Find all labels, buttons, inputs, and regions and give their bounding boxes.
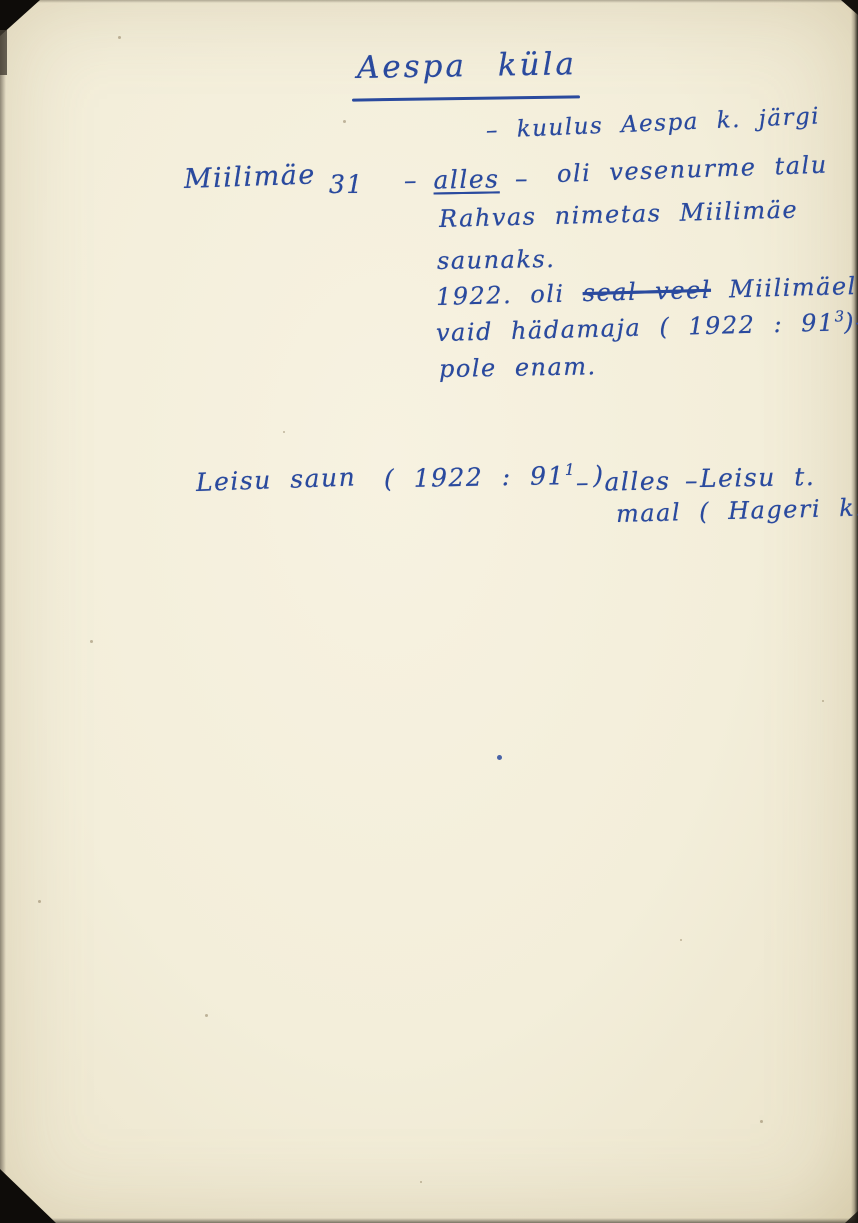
scan-edge-right bbox=[851, 0, 858, 1223]
scan-edge-bottom bbox=[0, 1218, 858, 1223]
status-dash-left: – bbox=[576, 468, 591, 497]
paper-speck bbox=[38, 900, 41, 903]
entry-miilimae-line6: pole enam. bbox=[439, 352, 597, 383]
paper-speck bbox=[343, 120, 346, 123]
entry-leisu-name: Leisu saun bbox=[195, 462, 356, 497]
status-dash-right: – bbox=[685, 466, 700, 495]
scan-edge-top bbox=[0, 0, 858, 3]
scan-corner-bottom-left bbox=[0, 1169, 56, 1223]
page-title: Aespa küla bbox=[357, 46, 578, 86]
status-word-alles: alles bbox=[604, 466, 671, 496]
paper-speck bbox=[680, 939, 682, 941]
paper-speck bbox=[118, 36, 121, 39]
manuscript-page: Aespa küla – kuulus Aespa k. järgi Miili… bbox=[0, 0, 858, 1223]
ref-superscript: 1 bbox=[565, 461, 575, 479]
entry-miilimae-line2: Rahvas nimetas Miilimäe bbox=[439, 196, 799, 233]
line5-post: )— bbox=[844, 307, 858, 336]
entry-leisu-line2: maal ( Hageri k. p. ) bbox=[616, 492, 858, 528]
entry-miilimae-name: Miilimäe bbox=[183, 159, 316, 195]
scan-corner-bottom-right bbox=[845, 1211, 858, 1223]
entry-leisu-ref: ( 1922 : 911 ) bbox=[384, 460, 605, 493]
scan-smudge-top-left bbox=[0, 30, 7, 75]
entry-miilimae-line1: oli vesenurme talu bbox=[557, 151, 829, 188]
ref-pre: ( 1922 : 91 bbox=[384, 461, 565, 493]
line4-struck-text: seal veel bbox=[582, 276, 711, 307]
paper-speck bbox=[760, 1120, 763, 1123]
entry-miilimae-number: 31 bbox=[329, 170, 364, 199]
ink-dot bbox=[497, 755, 502, 760]
paper-speck bbox=[420, 1181, 422, 1183]
paper-speck bbox=[90, 640, 93, 643]
entry-miilimae-line4: 1922. oli seal veel Miilimäel veel bbox=[436, 270, 858, 311]
entry-miilimae-line5: vaid hädamaja ( 1922 : 913)— bbox=[436, 306, 858, 347]
line4-pre: 1922. oli bbox=[436, 279, 583, 311]
entry-miilimae-status: – alles – bbox=[404, 164, 529, 195]
scan-edge-left bbox=[0, 0, 6, 1223]
line5-pre: vaid hädamaja ( 1922 : 91 bbox=[436, 309, 835, 347]
line4-post: Miilimäel veel bbox=[711, 270, 858, 304]
entry-leisu-line1: Leisu t. bbox=[700, 462, 816, 493]
note-kuulus-aespa: – kuulus Aespa k. järgi bbox=[485, 103, 820, 144]
status-word-alles: alles bbox=[433, 164, 500, 194]
status-dash-right: – bbox=[515, 164, 530, 193]
entry-leisu-status: – alles – bbox=[576, 466, 699, 497]
paper-speck bbox=[205, 1014, 208, 1017]
scan-corner-top-right bbox=[841, 0, 858, 15]
status-dash-left: – bbox=[404, 166, 419, 195]
paper-speck bbox=[283, 431, 285, 433]
entry-miilimae-line3: saunaks. bbox=[437, 245, 556, 275]
paper-speck bbox=[822, 700, 824, 702]
title-underline bbox=[352, 95, 580, 101]
